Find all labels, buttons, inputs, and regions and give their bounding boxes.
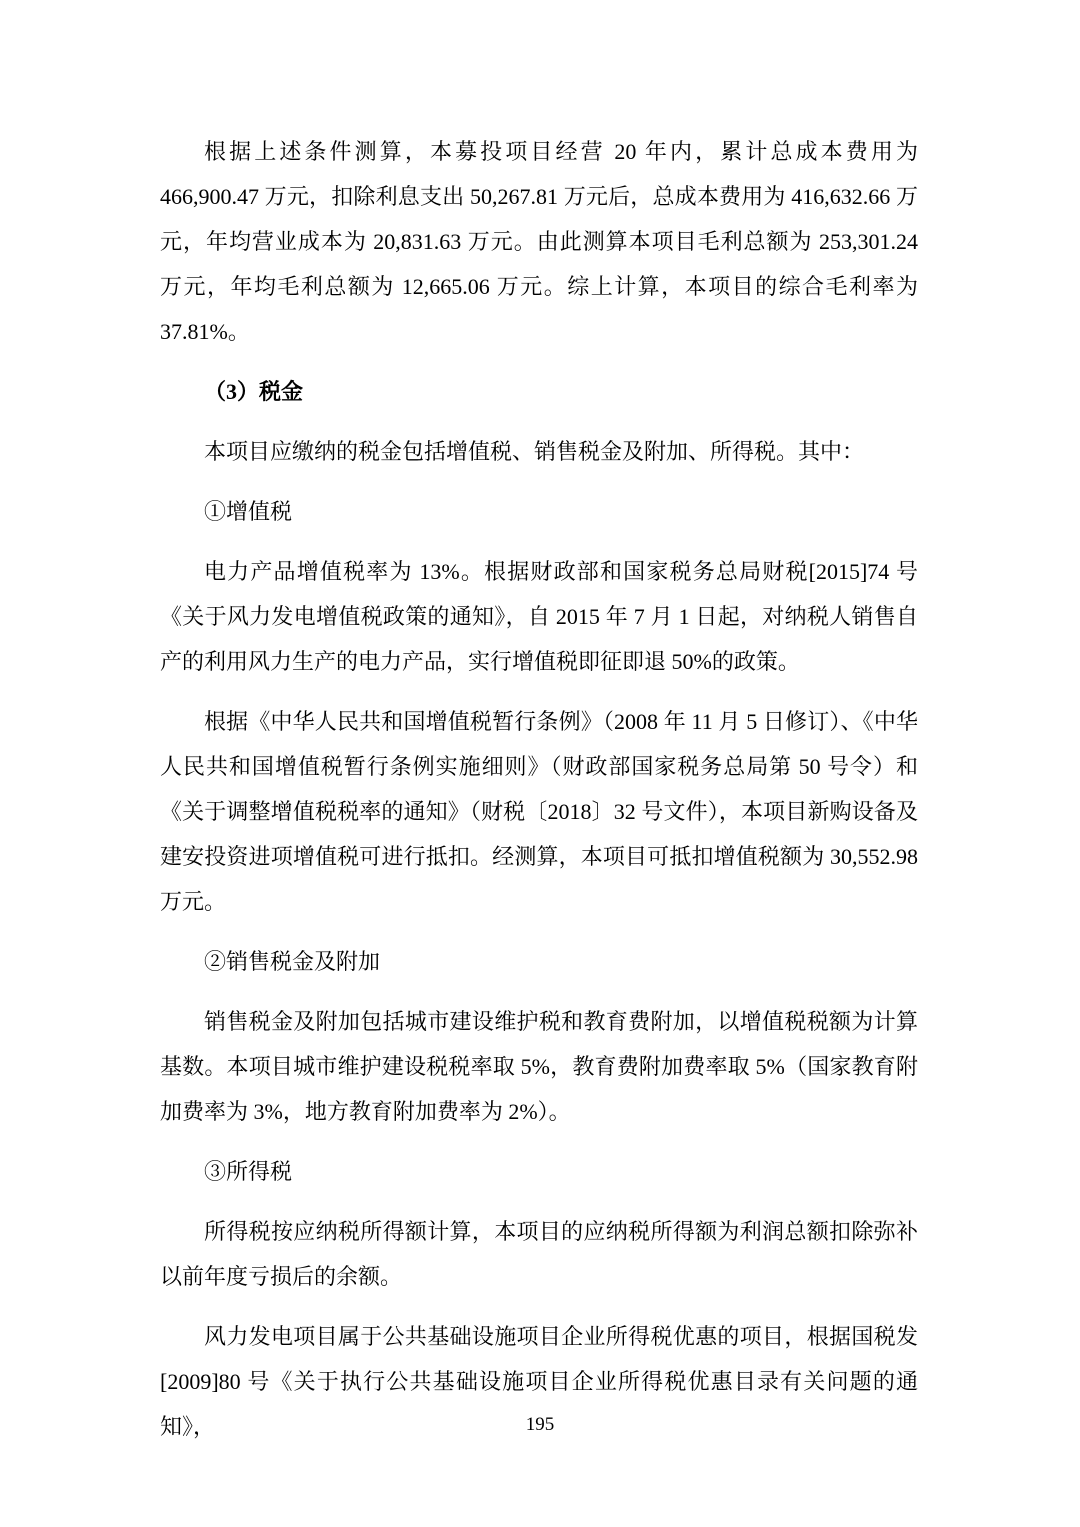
paragraph: 销售税金及附加包括城市建设维护税和教育费附加，以增值税税额为计算基数。本项目城市…	[160, 999, 918, 1134]
paragraph: 根据《中华人民共和国增值税暂行条例》（2008 年 11 月 5 日修订）、《中…	[160, 699, 918, 924]
sub-heading: ①增值税	[160, 489, 918, 534]
sub-heading: ②销售税金及附加	[160, 939, 918, 984]
page-content: 根据上述条件测算，本募投项目经营 20 年内，累计总成本费用为 466,900.…	[160, 129, 918, 1464]
paragraph: 所得税按应纳税所得额计算，本项目的应纳税所得额为利润总额扣除弥补以前年度亏损后的…	[160, 1209, 918, 1299]
document-page: 根据上述条件测算，本募投项目经营 20 年内，累计总成本费用为 466,900.…	[0, 0, 1080, 1527]
page-number: 195	[0, 1412, 1080, 1438]
paragraph: 电力产品增值税率为 13%。根据财政部和国家税务总局财税[2015]74 号《关…	[160, 549, 918, 684]
sub-heading: ③所得税	[160, 1149, 918, 1194]
section-heading: （3）税金	[160, 369, 918, 414]
paragraph: 根据上述条件测算，本募投项目经营 20 年内，累计总成本费用为 466,900.…	[160, 129, 918, 354]
paragraph: 本项目应缴纳的税金包括增值税、销售税金及附加、所得税。其中：	[160, 429, 918, 474]
